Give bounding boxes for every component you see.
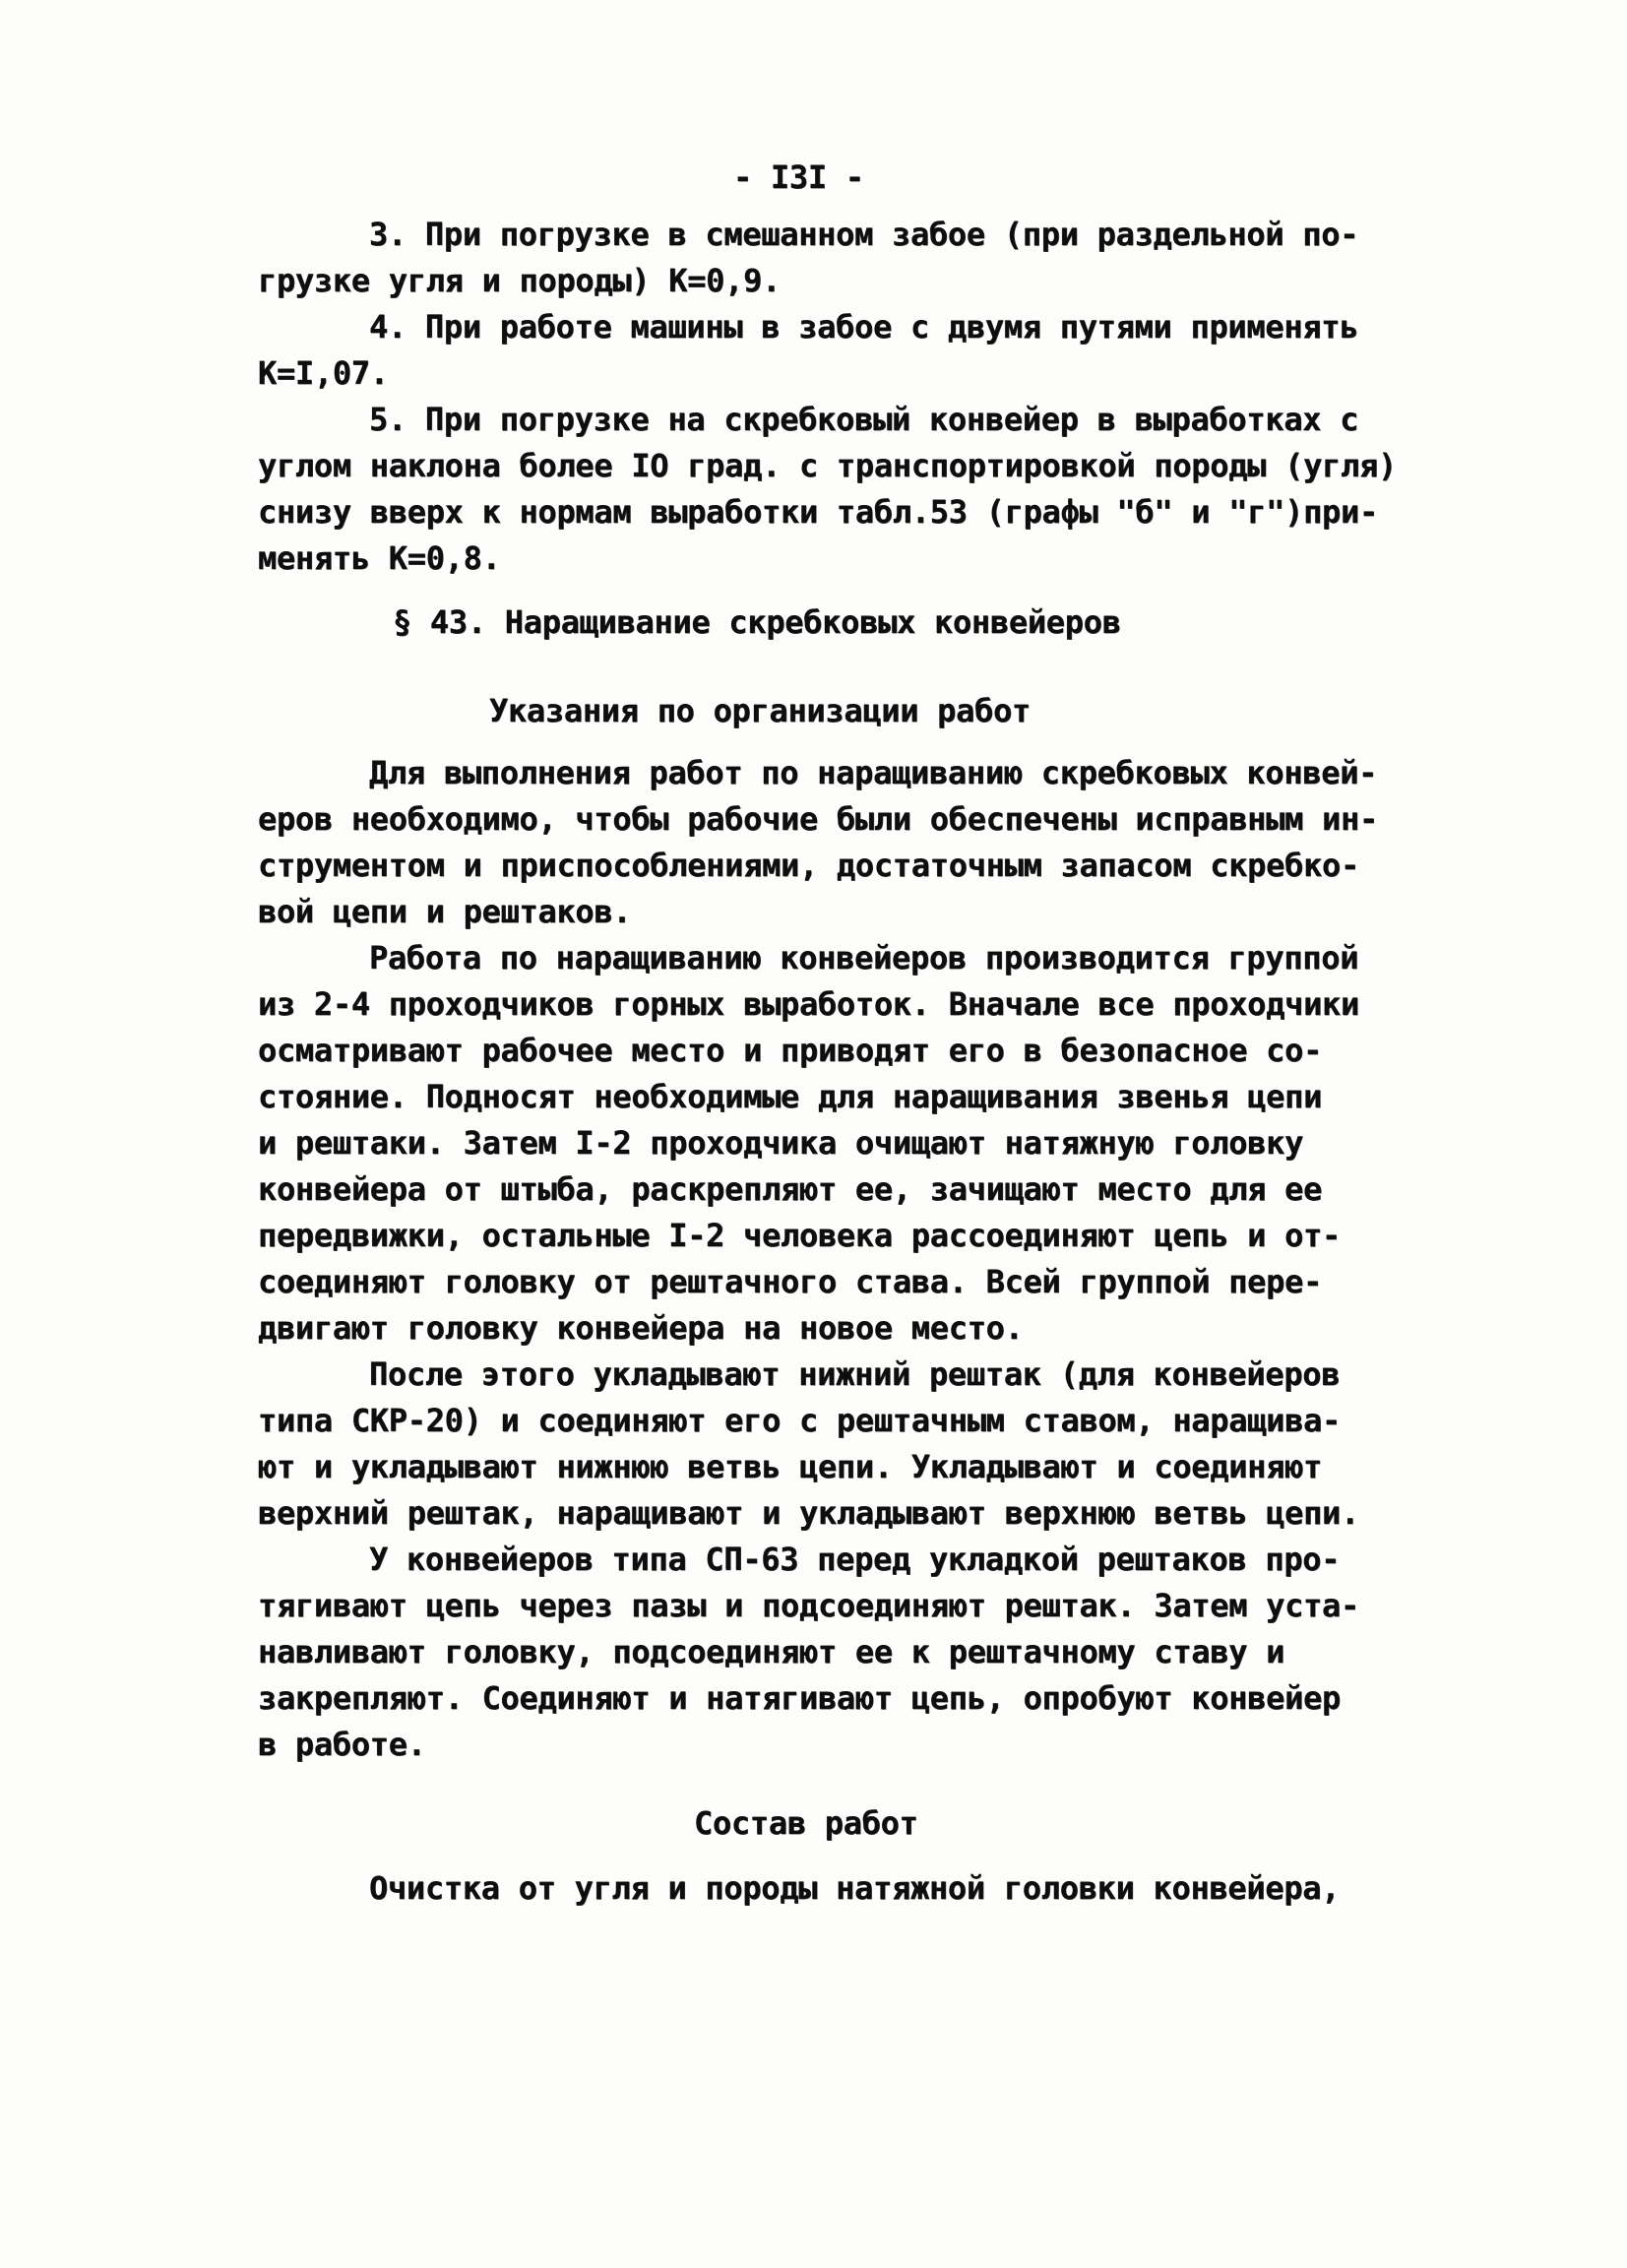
text-line: и рештаки. Затем I-2 проходчика очищают …: [258, 1120, 1498, 1166]
text-line: вой цепи и рештаков.: [258, 889, 1498, 935]
text-line: 4. При работе машины в забое с двумя пут…: [258, 304, 1498, 350]
text-line: Работа по наращиванию конвейеров произво…: [258, 935, 1498, 981]
text-line: 5. При погрузке на скребковый конвейер в…: [258, 397, 1498, 443]
paragraph: После этого укладывают нижний рештак (дл…: [258, 1352, 1498, 1537]
text-line: типа СКР-20) и соединяют его с рештачным…: [258, 1398, 1498, 1444]
paragraph: 3. При погрузке в смешанном забое (при р…: [258, 212, 1498, 304]
text-line: менять К=0,8.: [258, 535, 1498, 582]
text-line: из 2-4 проходчиков горных выработок. Вна…: [258, 981, 1498, 1028]
text-line: 3. При погрузке в смешанном забое (при р…: [258, 212, 1498, 258]
text-line: двигают головку конвейера на новое место…: [258, 1305, 1498, 1352]
text-line: осматривают рабочее место и приводят его…: [258, 1028, 1498, 1074]
text-line: снизу вверх к нормам выработки табл.53 (…: [258, 489, 1498, 535]
text-line: в работе.: [258, 1722, 1498, 1768]
page-number: - I3I -: [258, 155, 1498, 201]
text-line: грузке угля и породы) К=0,9.: [258, 258, 1498, 304]
scanned-page: - I3I - 3. При погрузке в смешанном забо…: [0, 0, 1627, 2268]
text-line: передвижки, остальные I-2 человека рассо…: [258, 1213, 1498, 1259]
text-line: углом наклона более IО град. с транспорт…: [258, 443, 1498, 489]
text-line: стояние. Подносят необходимые для наращи…: [258, 1074, 1498, 1120]
subsection-heading: Указания по организации работ: [258, 688, 1498, 734]
text-line: ют и укладывают нижнюю ветвь цепи. Уклад…: [258, 1444, 1498, 1490]
text-line: соединяют головку от рештачного става. В…: [258, 1259, 1498, 1305]
section-heading: § 43. Наращивание скребковых конвейеров: [258, 599, 1498, 646]
text-line: верхний рештак, наращивают и укладывают …: [258, 1490, 1498, 1537]
text-line: К=I,07.: [258, 350, 1498, 397]
paragraph: У конвейеров типа СП-63 перед укладкой р…: [258, 1537, 1498, 1768]
text-line: навливают головку, подсоединяют ее к реш…: [258, 1629, 1498, 1675]
text-line: После этого укладывают нижний рештак (дл…: [258, 1352, 1498, 1398]
text-line: закрепляют. Соединяют и натягивают цепь,…: [258, 1675, 1498, 1722]
paragraph: 4. При работе машины в забое с двумя пут…: [258, 304, 1498, 397]
text-line: Для выполнения работ по наращиванию скре…: [258, 750, 1498, 796]
paragraph: 5. При погрузке на скребковый конвейер в…: [258, 397, 1498, 582]
text-line: Очистка от угля и породы натяжной головк…: [258, 1865, 1498, 1912]
subsection-heading: Состав работ: [258, 1800, 1498, 1847]
text-line: конвейера от штыба, раскрепляют ее, зачи…: [258, 1166, 1498, 1213]
paragraph: Работа по наращиванию конвейеров произво…: [258, 935, 1498, 1352]
text-line: У конвейеров типа СП-63 перед укладкой р…: [258, 1537, 1498, 1583]
paragraph: Очистка от угля и породы натяжной головк…: [258, 1865, 1498, 1912]
text-column: - I3I - 3. При погрузке в смешанном забо…: [258, 0, 1498, 1912]
text-line: тягивают цепь через пазы и подсоединяют …: [258, 1583, 1498, 1629]
paragraph: Для выполнения работ по наращиванию скре…: [258, 750, 1498, 935]
text-line: еров необходимо, чтобы рабочие были обес…: [258, 796, 1498, 843]
text-line: струментом и приспособлениями, достаточн…: [258, 843, 1498, 889]
